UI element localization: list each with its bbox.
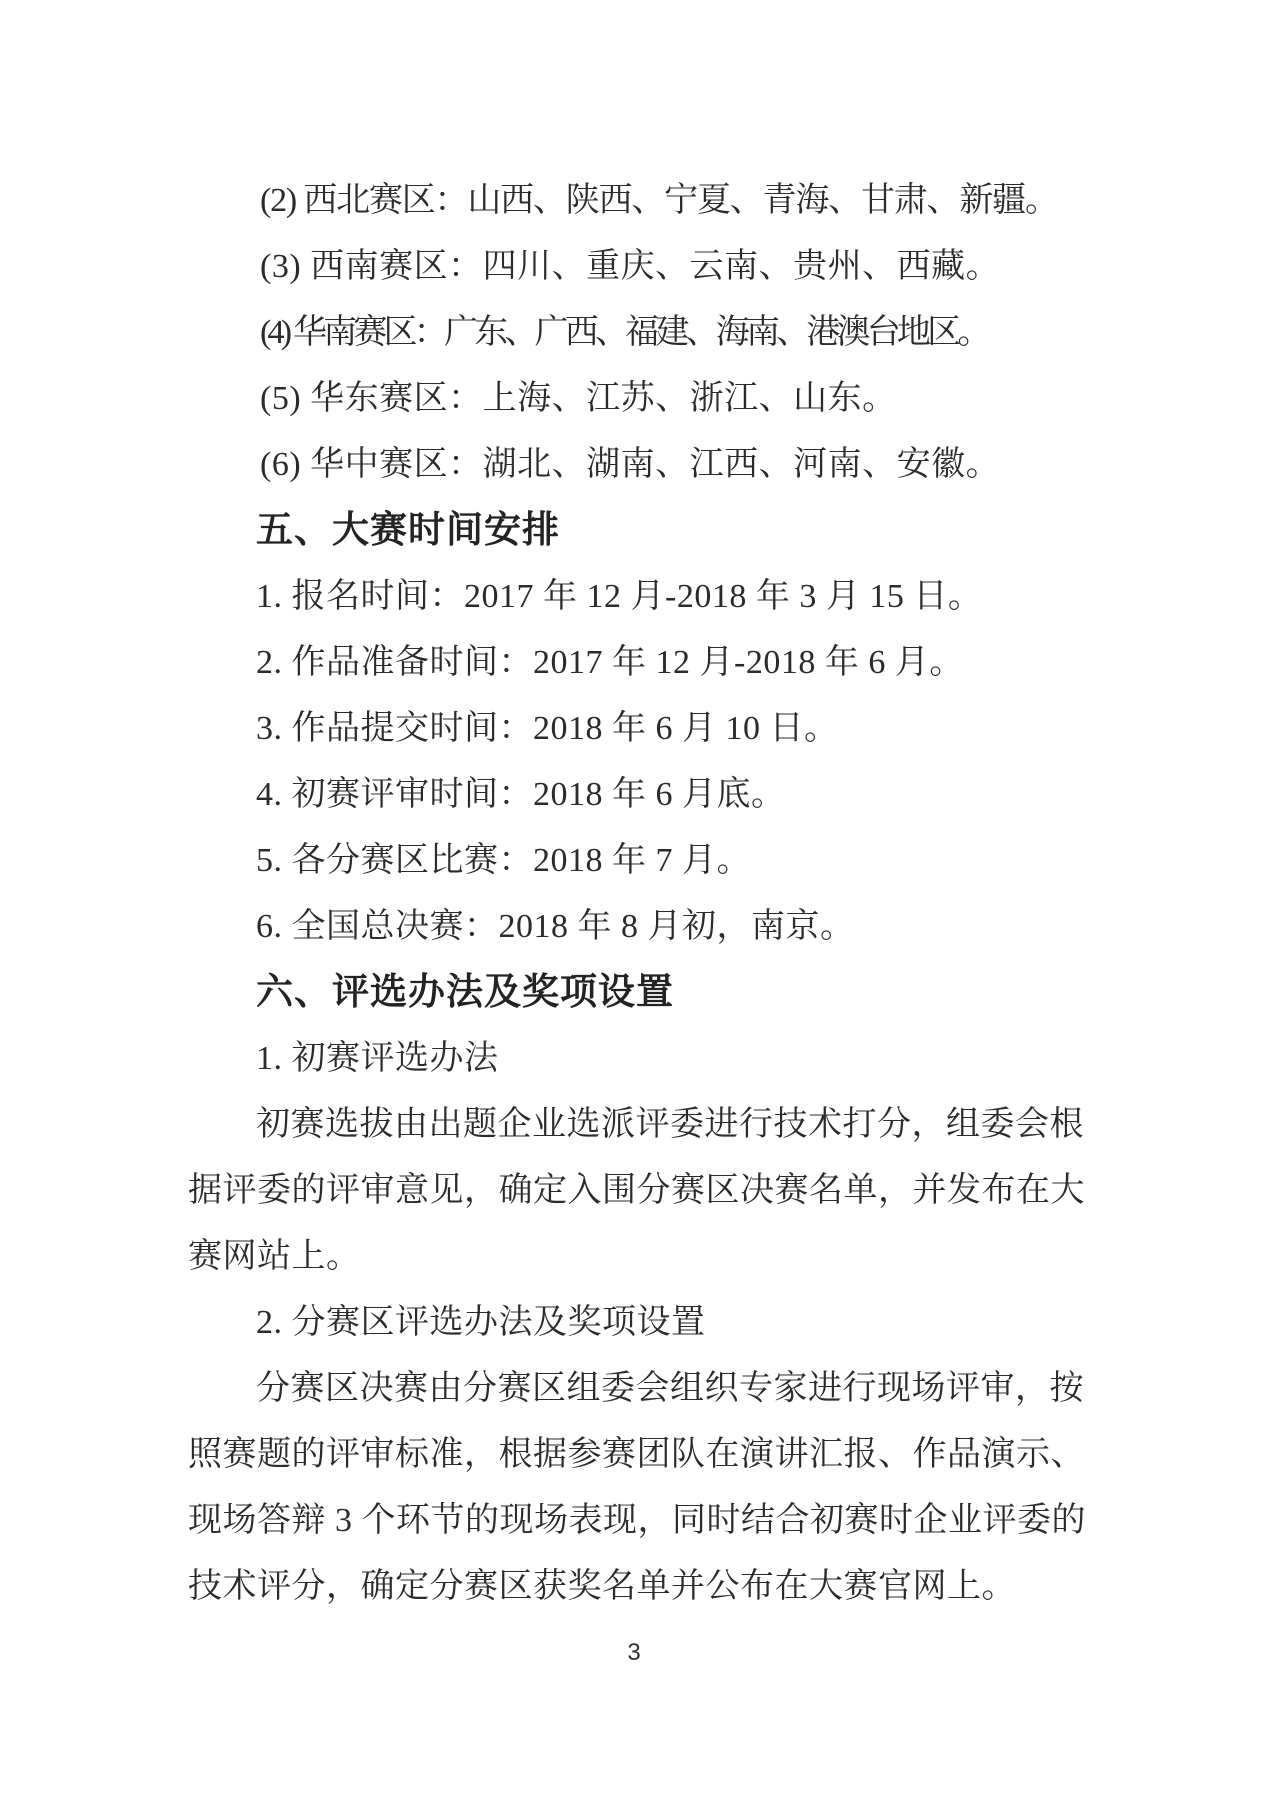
paragraph-line: 初赛选拔由出题企业选派评委进行技术打分，组委会根 <box>0 1087 1268 1153</box>
schedule-item-preliminary-review: 4. 初赛评审时间：2018 年 6 月底。 <box>0 757 1268 823</box>
region-list-item-northwest: (2) 西北赛区：山西、陕西、宁夏、青海、甘肃、新疆。 <box>0 163 1268 229</box>
paragraph-line: 技术评分，确定分赛区获奖名单并公布在大赛官网上。 <box>0 1549 1268 1615</box>
region-list-item-east: (5) 华东赛区：上海、江苏、浙江、山东。 <box>0 361 1268 427</box>
region-list-item-central: (6) 华中赛区：湖北、湖南、江西、河南、安徽。 <box>0 427 1268 493</box>
section-5-heading: 五、大赛时间安排 <box>0 493 1268 559</box>
region-list-item-south: (4) 华南赛区：广东、广西、福建、海南、港澳台地区。 <box>0 295 1268 361</box>
page-number: 3 <box>0 1639 1268 1667</box>
scanned-document-page: (2) 西北赛区：山西、陕西、宁夏、青海、甘肃、新疆。 (3) 西南赛区：四川、… <box>0 0 1268 1797</box>
paragraph-line: 据评委的评审意见，确定入围分赛区决赛名单，并发布在大 <box>0 1153 1268 1219</box>
paragraph-line: 分赛区决赛由分赛区组委会组织专家进行现场评审，按 <box>0 1351 1268 1417</box>
region-list-item-southwest: (3) 西南赛区：四川、重庆、云南、贵州、西藏。 <box>0 229 1268 295</box>
subsection-1-title: 1. 初赛评选办法 <box>0 1021 1268 1087</box>
schedule-item-national-final: 6. 全国总决赛：2018 年 8 月初，南京。 <box>0 889 1268 955</box>
schedule-item-registration: 1. 报名时间：2017 年 12 月-2018 年 3 月 15 日。 <box>0 559 1268 625</box>
subsection-2-title: 2. 分赛区评选办法及奖项设置 <box>0 1285 1268 1351</box>
schedule-item-submission: 3. 作品提交时间：2018 年 6 月 10 日。 <box>0 691 1268 757</box>
schedule-item-preparation: 2. 作品准备时间：2017 年 12 月-2018 年 6 月。 <box>0 625 1268 691</box>
paragraph-line: 赛网站上。 <box>0 1219 1268 1285</box>
schedule-item-regional-contest: 5. 各分赛区比赛：2018 年 7 月。 <box>0 823 1268 889</box>
document-content: (2) 西北赛区：山西、陕西、宁夏、青海、甘肃、新疆。 (3) 西南赛区：四川、… <box>0 0 1268 1667</box>
paragraph-line: 照赛题的评审标准，根据参赛团队在演讲汇报、作品演示、 <box>0 1417 1268 1483</box>
paragraph-line: 现场答辩 3 个环节的现场表现，同时结合初赛时企业评委的 <box>0 1483 1268 1549</box>
section-6-heading: 六、评选办法及奖项设置 <box>0 955 1268 1021</box>
